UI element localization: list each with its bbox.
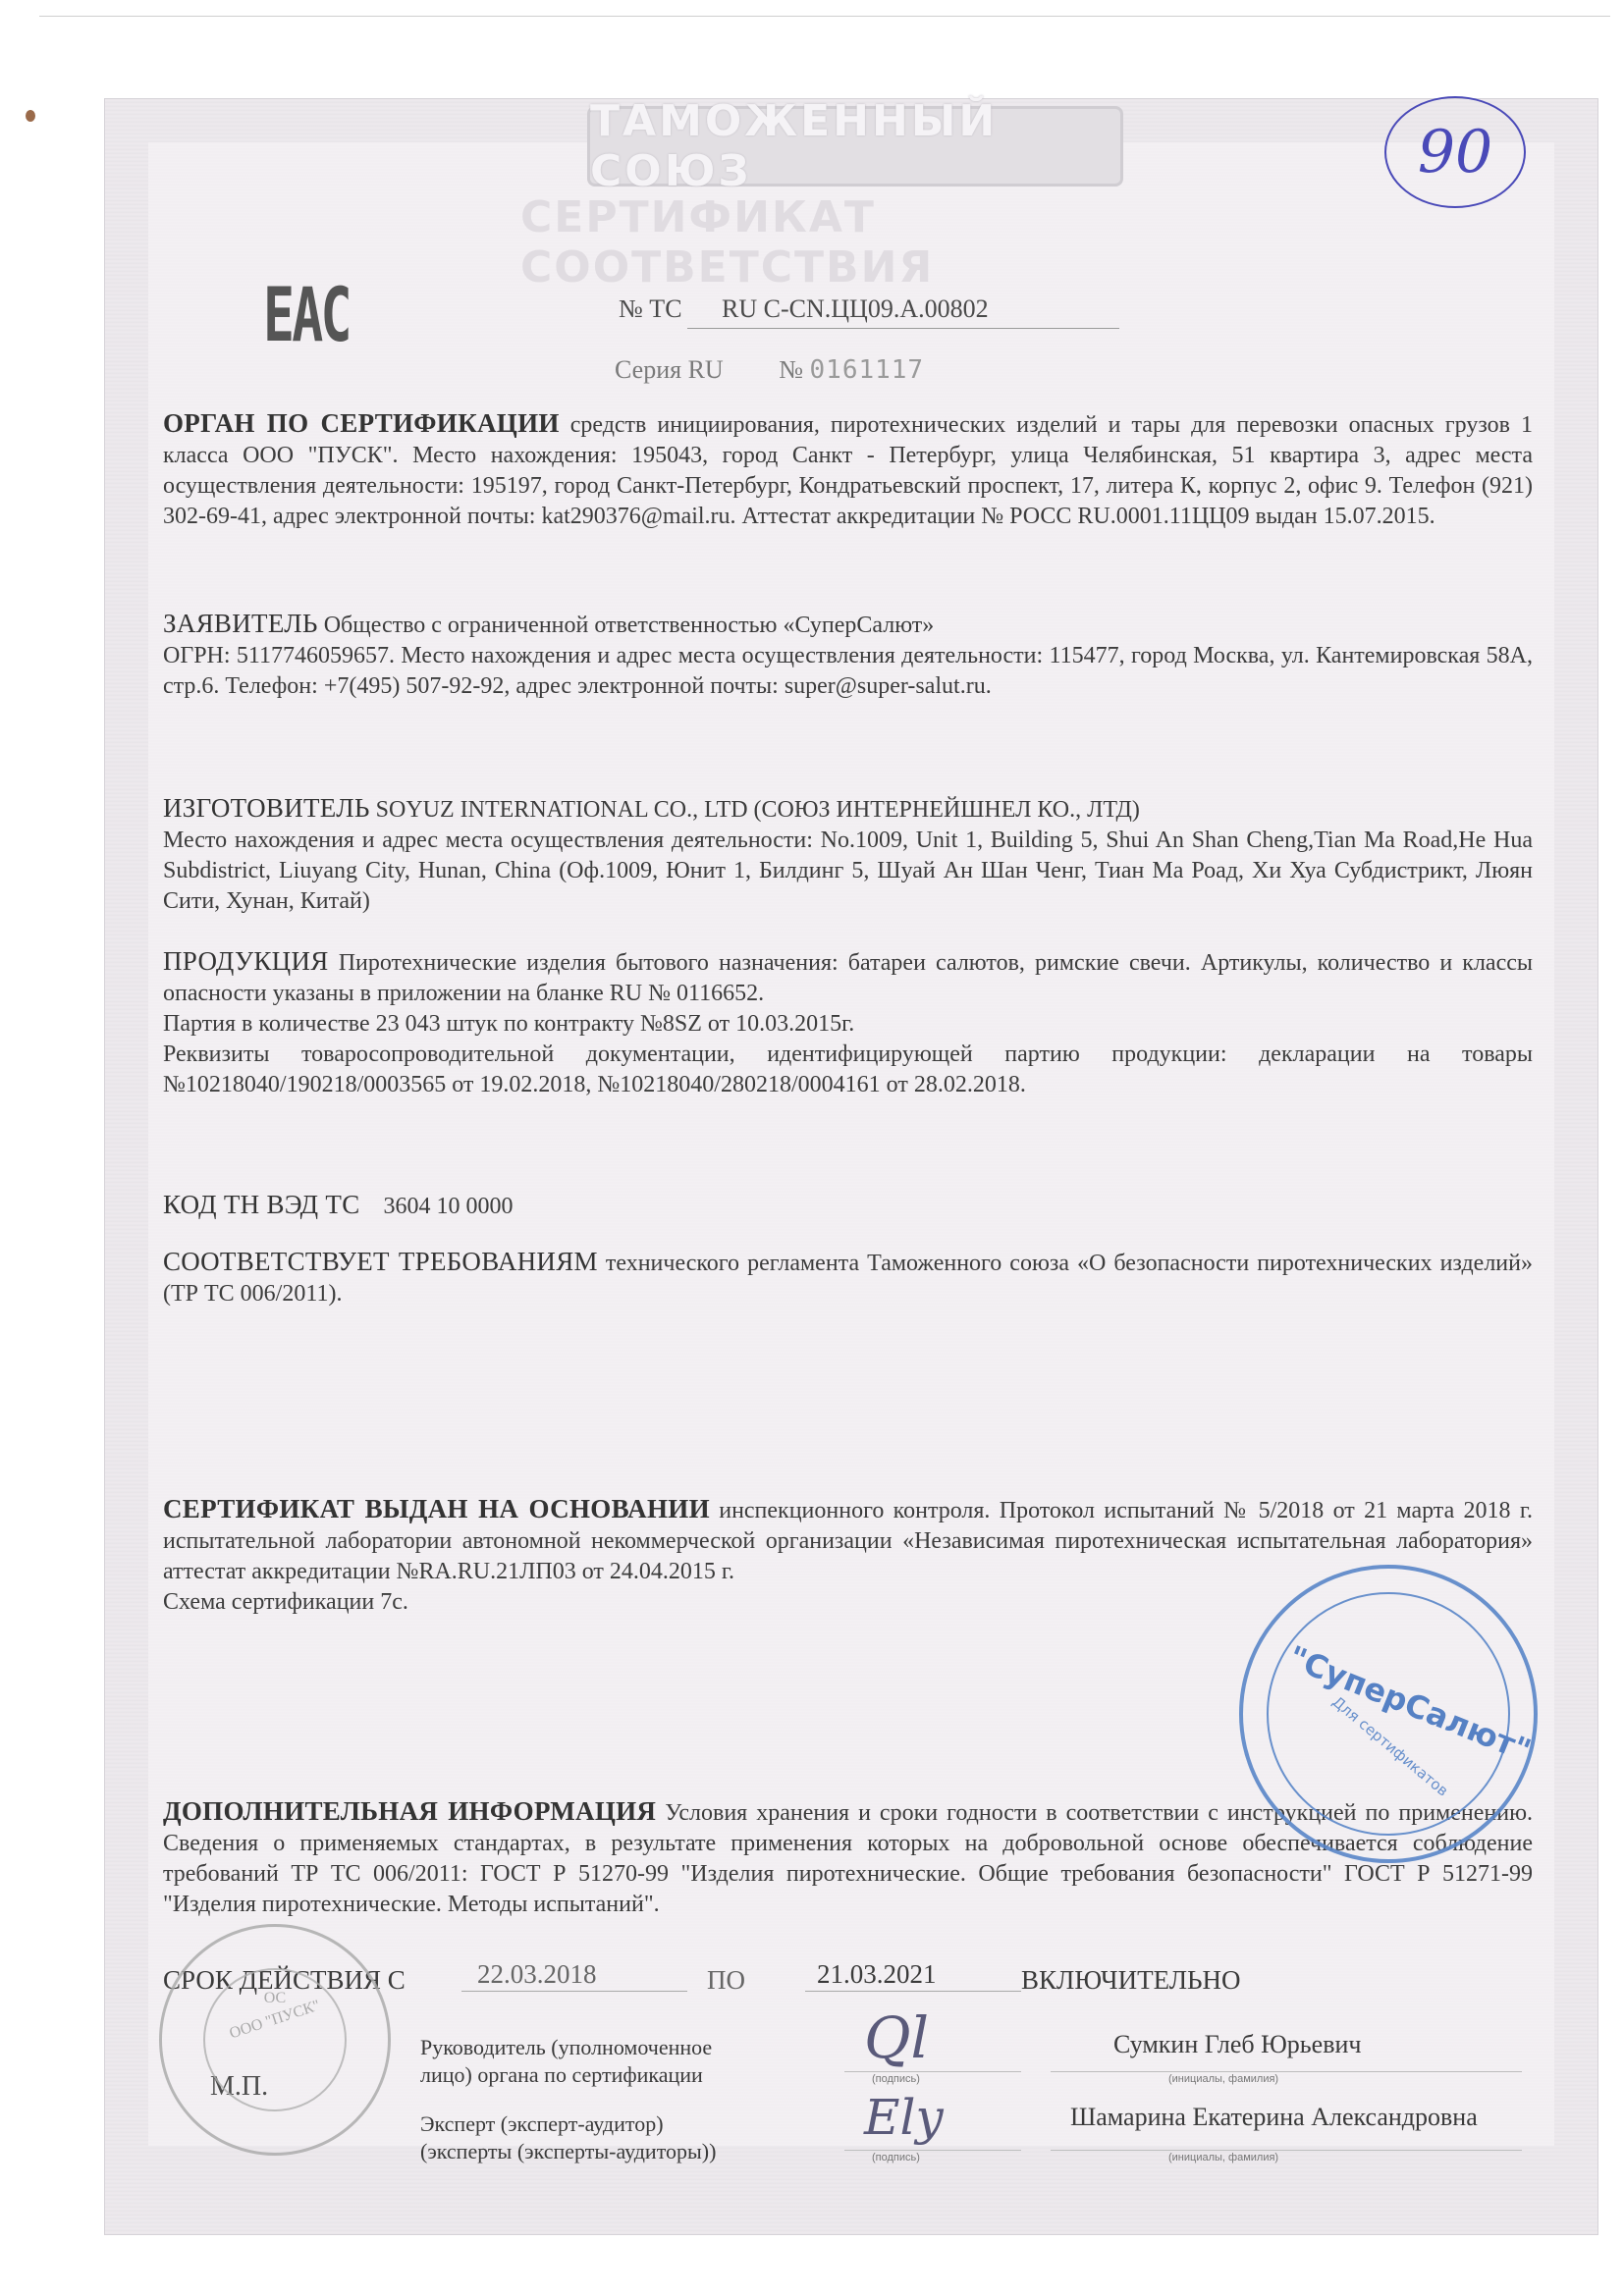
section-applicant: ЗАЯВИТЕЛЬ Общество с ограниченной ответс… [163, 609, 1533, 702]
expert-label: Эксперт (эксперт-аудитор) (эксперты (экс… [420, 2110, 716, 2165]
expert-name-caption: (инициалы, фамилия) [1168, 2152, 1278, 2163]
supersalut-stamp: "СуперСалют" Для сертификатов [1239, 1565, 1538, 1863]
head-name-caption: (инициалы, фамилия) [1168, 2073, 1278, 2085]
compliance-label: СООТВЕТСТВУЕТ ТРЕБОВАНИЯМ [163, 1247, 598, 1276]
serial-label: № [779, 355, 803, 384]
hs-code-value: 3604 10 0000 [384, 1194, 514, 1219]
section-product: ПРОДУКЦИЯ Пиротехнические изделия бытово… [163, 946, 1533, 1100]
certificate-title: СЕРТИФИКАТ СООТВЕТСТВИЯ [520, 212, 1188, 273]
expert-signature: Ely [864, 2089, 944, 2146]
product-label: ПРОДУКЦИЯ [163, 946, 329, 976]
head-label-line-1: Руководитель (уполномоченное [420, 2034, 712, 2061]
head-name-line [1051, 2071, 1522, 2072]
head-label: Руководитель (уполномоченное лицо) орган… [420, 2034, 712, 2089]
eac-logo-icon: ЕАС [263, 271, 350, 358]
basis-label: СЕРТИФИКАТ ВЫДАН НА ОСНОВАНИИ [163, 1494, 710, 1523]
series-label: Серия RU [615, 355, 724, 384]
validity-date-from: 22.03.2018 [477, 1959, 597, 1990]
ink-speck [26, 110, 35, 122]
section-certification-body: ОРГАН ПО СЕРТИФИКАЦИИ средств инициирова… [163, 408, 1533, 532]
head-signature-caption: (подпись) [872, 2073, 920, 2085]
head-signature: Ql [864, 2004, 929, 2071]
additional-info-label: ДОПОЛНИТЕЛЬНАЯ ИНФОРМАЦИЯ [163, 1796, 656, 1826]
manufacturer-text: Место нахождения и адрес места осуществл… [163, 826, 1533, 917]
tc-number: RU C-CN.ЦЦ09.А.00802 [722, 294, 989, 323]
section-hs-code: КОД ТН ВЭД ТС 3604 10 0000 [163, 1190, 1533, 1222]
manufacturer-name: SOYUZ INTERNATIONAL CO., LTD (СОЮЗ ИНТЕР… [376, 797, 1140, 823]
validity-date-to: 21.03.2021 [817, 1959, 937, 1990]
tc-number-row: № ТС RU C-CN.ЦЦ09.А.00802 [619, 294, 989, 324]
manufacturer-label: ИЗГОТОВИТЕЛЬ [163, 793, 370, 823]
validity-to-underline [805, 1991, 1021, 1992]
customs-union-banner: ТАМОЖЕННЫЙ СОЮЗ [587, 106, 1123, 187]
section-manufacturer: ИЗГОТОВИТЕЛЬ SOYUZ INTERNATIONAL CO., LT… [163, 793, 1533, 917]
scan-edge-line [39, 16, 1610, 17]
hs-code-label: КОД ТН ВЭД ТС [163, 1190, 360, 1219]
validity-from-underline [461, 1991, 687, 1992]
expert-signature-line [844, 2150, 1021, 2151]
applicant-label: ЗАЯВИТЕЛЬ [163, 609, 318, 638]
product-docs: Реквизиты товаросопроводительной докумен… [163, 1040, 1533, 1100]
product-batch: Партия в количестве 23 043 штук по контр… [163, 1009, 1533, 1040]
applicant-name: Общество с ограниченной ответственностью… [324, 613, 935, 638]
tc-underline [687, 328, 1119, 329]
serial-number: 0161117 [810, 355, 925, 385]
head-label-line-2: лицо) органа по сертификации [420, 2061, 712, 2089]
certification-body-label: ОРГАН ПО СЕРТИФИКАЦИИ [163, 408, 560, 438]
expert-label-line-1: Эксперт (эксперт-аудитор) [420, 2110, 716, 2138]
pusk-certification-stamp: ОС ООО "ПУСК" [159, 1924, 391, 2156]
series-row: Серия RU № 0161117 [615, 355, 924, 385]
validity-to-label: ПО [707, 1965, 745, 1996]
product-text: Пиротехнические изделия бытового назначе… [163, 950, 1533, 1006]
head-name: Сумкин Глеб Юрьевич [1113, 2030, 1361, 2059]
tc-label: № ТС [619, 294, 682, 323]
applicant-text: ОГРН: 5117746059657. Место нахождения и … [163, 641, 1533, 702]
expert-name: Шамарина Екатерина Александровна [1070, 2103, 1478, 2132]
expert-signature-caption: (подпись) [872, 2152, 920, 2163]
validity-inclusive-label: ВКЛЮЧИТЕЛЬНО [1021, 1965, 1241, 1996]
section-compliance: СООТВЕТСТВУЕТ ТРЕБОВАНИЯМ технического р… [163, 1247, 1533, 1309]
handwritten-page-number: 90 [1384, 96, 1526, 208]
expert-label-line-2: (эксперты (эксперты-аудиторы)) [420, 2138, 716, 2165]
head-signature-line [844, 2071, 1021, 2072]
expert-name-line [1051, 2150, 1522, 2151]
